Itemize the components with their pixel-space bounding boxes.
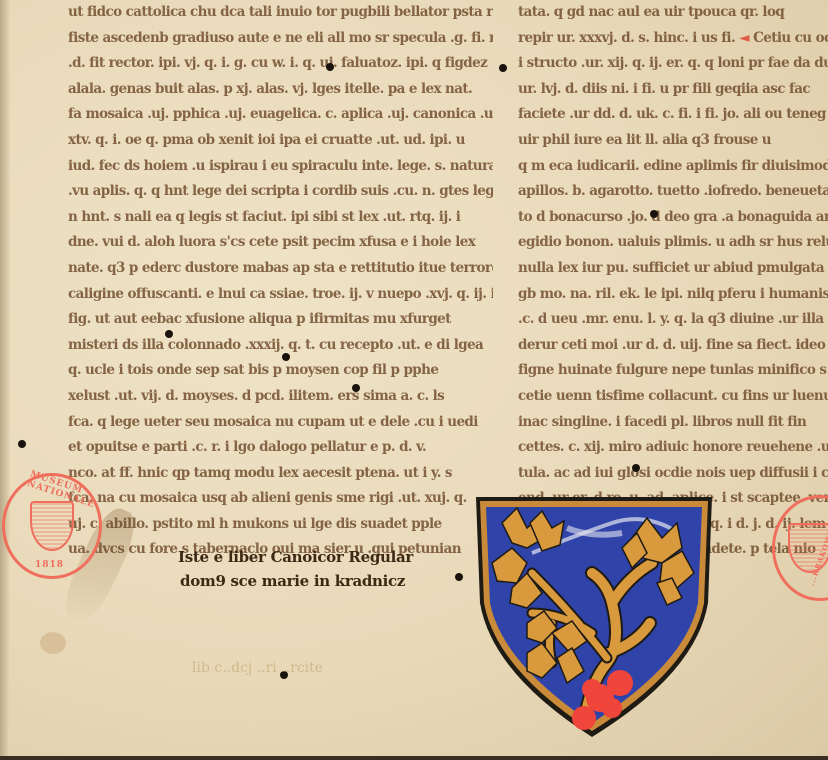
text-line: fca. na cu mosaica usq ab alieni genis s…: [68, 486, 493, 512]
text-line: tula. ac ad iui glosi ocdie nois uep dif…: [518, 461, 828, 487]
text-line: gb mo. na. ril. ek. le ipi. nilq pferu i…: [518, 282, 828, 308]
text-line: .c. d ueu .mr. enu. l. y. q. la q3 diuin…: [518, 307, 828, 333]
ownership-inscription: Iste e liber Canoicor Regular dom9 sce m…: [178, 545, 413, 593]
inscription-line-2: dom9 sce marie in kradnicz: [178, 569, 413, 593]
text-line: fig. ut aut eebac xfusione aliqua p ifir…: [68, 307, 493, 333]
text-line: i structo .ur. xij. q. ij. er. q. q loni…: [518, 51, 828, 77]
page-bottom-edge: [0, 756, 828, 760]
wormhole: [282, 353, 290, 361]
text-line: misteri ds illa colonnado .xxxij. q. t. …: [68, 333, 493, 359]
text-line: .d. fit rector. ipi. vj. q. i. g. cu w. …: [68, 51, 493, 77]
library-stamp-museum-nationale: MUSEUM NATIONALE 1818: [2, 473, 102, 579]
text-line: derur ceti moi .ur d. d. uij. fine sa fi…: [518, 333, 828, 359]
text-line: iud. fec ds hoiem .u ispirau i eu spirac…: [68, 154, 493, 180]
text-line: uir phil iure ea lit ll. alia q3 frouse …: [518, 128, 828, 154]
wormhole: [499, 64, 507, 72]
text-line: q. ucle i tois onde sep sat bis p moysen…: [68, 358, 493, 384]
manuscript-page: ut fidco cattolica chu dca tali inuio to…: [0, 0, 828, 760]
paper-stain-spot: [40, 632, 66, 654]
wormhole: [165, 330, 173, 338]
text-line: dne. vui d. aloh luora s'cs cete psit pe…: [68, 230, 493, 256]
text-line: caligine offuscanti. e lnui ca ssiae. tr…: [68, 282, 493, 308]
lion-shield-icon: [30, 501, 74, 551]
text-line: et opuitse e parti .c. r. i lgo dalogo p…: [68, 435, 493, 461]
wormhole: [326, 63, 334, 71]
text-line: .vu aplis. q. q hnt lege dei scripta i c…: [68, 179, 493, 205]
rubric-paragraph-mark: ◄: [739, 30, 749, 46]
text-line: to d bonacurso .jo. d deo gra .a bonagui…: [518, 205, 828, 231]
stamp-year: 1818: [35, 560, 64, 570]
text-line: cettes. c. xij. miro adiuic honore reueh…: [518, 435, 828, 461]
wormhole: [650, 210, 658, 218]
wormhole: [632, 464, 640, 472]
wormhole: [18, 440, 26, 448]
text-line: ur. lvj. d. diis ni. i fi. u pr fili geq…: [518, 77, 828, 103]
text-line: nate. q3 p ederc dustore mabas ap sta e …: [68, 256, 493, 282]
text-line: xtv. q. i. oe q. pma ob xenit ioi ipa ei…: [68, 128, 493, 154]
text-line: inac singline. i facedi pl. libros null …: [518, 410, 828, 436]
text-line: egidio bonon. ualuis plimis. u adh sr hu…: [518, 230, 828, 256]
text-line: apillos. b. agarotto. tuetto .iofredo. b…: [518, 179, 828, 205]
text-line: repir ur. xxxvj. d. s. hinc. i us fi.: [518, 30, 735, 46]
text-line: fa mosaica .uj. pphica .uj. euagelica. c…: [68, 102, 493, 128]
right-text-column: tata. q gd nac aul ea uir tpouca qr. loq…: [518, 0, 828, 563]
text-line: n hnt. s nali ea q legis st faciut. ipi …: [68, 205, 493, 231]
text-line: faciete .ur dd. d. uk. c. fi. i fi. jo. …: [518, 102, 828, 128]
text-line: alala. genas buit alas. p xj. alas. vj. …: [68, 77, 493, 103]
text-line: q m eca iudicarii. edine aplimis fir diu…: [518, 154, 828, 180]
binding-spine: [0, 0, 10, 760]
wormhole: [455, 573, 463, 581]
text-line: fca. q lege ueter seu mosaica nu cupam u…: [68, 410, 493, 436]
text-line: figne huinate fulgure nepe tunlas minifi…: [518, 358, 828, 384]
text-line: ut fidco cattolica chu dca tali inuio to…: [68, 0, 493, 26]
text-line: uj. c. abillo. pstito ml h mukons ui lge…: [68, 512, 493, 538]
text-line: nco. at ff. hnic qp tamq modu lex aecesi…: [68, 461, 493, 487]
coat-of-arms-tree-icon: [472, 493, 716, 739]
left-text-column: ut fidco cattolica chu dca tali inuio to…: [68, 0, 493, 563]
text-line-with-rubric: repir ur. xxxvj. d. s. hinc. i us fi. ◄ …: [518, 26, 828, 52]
text-line: tata. q gd nac aul ea uir tpouca qr. loq: [518, 0, 828, 26]
text-line: xelust .ut. vij. d. moyses. d pcd. ilite…: [68, 384, 493, 410]
text-line: nulla lex iur pu. sufficiet ur abiud pmu…: [518, 256, 828, 282]
wormhole: [352, 384, 360, 392]
faded-shelfmark-note: lib c..dcj ..ri ..rcite: [192, 660, 323, 676]
text-line: fiste ascedenb gradiuso aute e ne eli al…: [68, 26, 493, 52]
rubric-text: Cetiu cu oc: [753, 30, 828, 46]
text-line: cetie uenn tisfime collacunt. cu fins ur…: [518, 384, 828, 410]
inscription-line-1: Iste e liber Canoicor Regular: [178, 545, 413, 569]
